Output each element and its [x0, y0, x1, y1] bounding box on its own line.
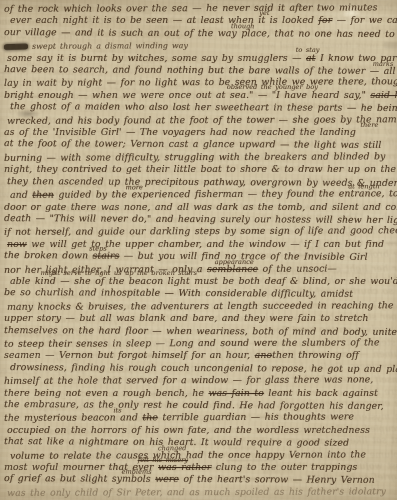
line-text: lay in wait by night — for no light was … [4, 76, 397, 89]
struck-text: for [318, 15, 332, 26]
line-text: drowsiness, finding his rough couch unco… [10, 362, 397, 375]
interlinear-insert: observed the younger boy [227, 84, 318, 91]
interlinear-insert: yet [259, 10, 269, 17]
line-text: burning — with some difficulty, struggli… [4, 151, 385, 164]
interlinear-insert: though [231, 22, 255, 29]
line-text: have been to search, and found nothing b… [4, 64, 397, 77]
manuscript-line: and then guided by the experienced fishe… [4, 188, 397, 202]
interlinear-insert: more [125, 184, 142, 191]
line-text: the ghost of a maiden who also lost her … [10, 101, 397, 114]
line-text: bright enough — when we were once out at… [4, 90, 370, 101]
interlinear-insert: to stay [296, 47, 320, 54]
line-text: the mysterious beacon and [4, 413, 142, 425]
struck-text: now [7, 239, 27, 250]
struck-text: was fain to [208, 388, 263, 399]
line-text: death — "This will never do," and heavin… [4, 213, 397, 226]
struck-text: said he [370, 90, 397, 101]
interlinear-insert: marks [373, 60, 394, 67]
line-text: wrecked, and his body found at the foot … [7, 114, 397, 127]
ink-blot [4, 44, 28, 51]
manuscript-line: night, they contrived to get their littl… [4, 164, 397, 176]
manuscript-line: of the rock which looks over the sea — h… [4, 2, 397, 16]
line-text: of the rock which looks over the sea — h… [4, 2, 377, 15]
line-text: of the heart's sorrow — Henry Vernon [179, 474, 375, 486]
manuscript-line: if not herself, and guide our darkling s… [4, 225, 397, 239]
line-text: upper story — but all was blank and bare… [4, 313, 368, 324]
interlinear-insert: steps [89, 245, 107, 252]
line-text: able kind — she of the beacon light must… [10, 276, 397, 287]
line-text: the broken down [4, 250, 93, 261]
line-text: of grief as but slight symbols [4, 473, 155, 485]
manuscript-line: the mysterious beacon and the terrible g… [4, 412, 397, 426]
manuscript-line: the broken down stairs — but you will fi… [4, 250, 397, 264]
line-text: — for we cannot say how it [332, 15, 397, 26]
struck-text: then [32, 190, 54, 201]
manuscript-line: seamen — Vernon but forgot himself for a… [4, 350, 397, 362]
line-text: himself at the hole that served for a wi… [4, 374, 373, 387]
line-text: seamen — Vernon but forgot himself for a… [4, 350, 255, 361]
interlinear-insert: its [113, 407, 121, 414]
manuscript-line: himself at the hole that served for a wi… [4, 374, 397, 388]
interlinear-insert: at length [348, 183, 379, 190]
interlinear-insert: there [360, 122, 378, 129]
interlinear-insert: changed [158, 444, 186, 451]
manuscript-line: was the only child of Sir Peter, and as … [4, 486, 397, 500]
manuscript-line: there being not even a rough bench, he w… [4, 388, 397, 400]
line-text: door or gate there was none, and all was… [4, 202, 397, 213]
line-text: and [10, 190, 32, 201]
line-text: there being not even a rough bench, he [4, 388, 208, 399]
manuscript-line: some say it is burnt by witches, some sa… [4, 53, 397, 65]
manuscript-line: lay in wait by night — for no light was … [4, 77, 397, 91]
line-text: guided by the experienced fisherman — th… [54, 188, 397, 201]
line-text: they then ascended up the precipitous pa… [7, 176, 397, 189]
manuscript-line: wrecked, and his body found at the foot … [4, 114, 397, 128]
interlinear-insert: appearance [215, 258, 254, 265]
line-text: clung to the outer trappings [211, 462, 357, 473]
line-text: to steep their senses in sleep — Long an… [4, 337, 380, 350]
line-text: themselves on the hard floor — when wear… [4, 325, 397, 338]
line-text: if not herself, and guide our darkling s… [4, 225, 397, 238]
line-text: was the only child of Sir Peter, and as … [7, 486, 386, 499]
line-text: terrible guardian — his thoughts were [158, 412, 354, 424]
line-text: at the foot of the tower; Vernon cast a … [4, 138, 381, 151]
line-text: leant his back against [264, 388, 378, 399]
handwriting-layer: of the rock which looks over the sea — h… [4, 3, 397, 499]
line-text: the embrasure, as the only rest he could… [4, 399, 384, 412]
manuscript-line: door or gate there was none, and all was… [4, 202, 397, 214]
interlinear-insert: might serve to light us up the broken st… [40, 270, 196, 277]
line-text: our village — and it is such an out of t… [4, 27, 397, 40]
struck-text: the [142, 413, 158, 424]
manuscript-page-photo: of the rock which looks over the sea — h… [0, 0, 397, 500]
line-text: as of the 'Invisible Girl' — The voyager… [4, 127, 356, 138]
interlinear-insert: emblems [121, 469, 151, 476]
manuscript-line: burning — with some difficulty, struggli… [4, 151, 397, 165]
struck-text: were [155, 474, 179, 485]
interlinear-insert: felt his misery [138, 457, 188, 464]
manuscript-line: swept through a dismal winding way [4, 39, 397, 53]
line-text: many knocks & bruises, the adventurers a… [7, 300, 394, 313]
line-text: night, they contrived to get their littl… [4, 164, 397, 175]
manuscript-line: to steep their senses in sleep — Long an… [4, 337, 397, 351]
line-text: then throwing off [272, 350, 359, 361]
line-text: occupied on the horrors of his own fate,… [7, 425, 370, 436]
manuscript-line: now we will get to the upper chamber, an… [4, 239, 397, 251]
line-text: of the unsoci— [258, 263, 337, 274]
line-text: ever each night it is to be seen — at le… [10, 15, 318, 26]
manuscript-line: ever each night it is to be seen — at le… [4, 15, 397, 27]
line-text: we will get to the upper chamber, and th… [27, 239, 384, 250]
line-text: be so churlish and inhospitable — With c… [4, 287, 353, 300]
struck-text: ano [255, 350, 272, 361]
line-text: some say it is burnt by witches, some sa… [7, 53, 306, 64]
manuscript-line: volume to relate the causes which had th… [4, 449, 397, 463]
manuscript-line: many knocks & bruises, the adventurers a… [4, 300, 397, 314]
line-text: swept through a dismal winding way [32, 41, 188, 51]
manuscript-line: upper story — but all was blank and bare… [4, 313, 397, 325]
